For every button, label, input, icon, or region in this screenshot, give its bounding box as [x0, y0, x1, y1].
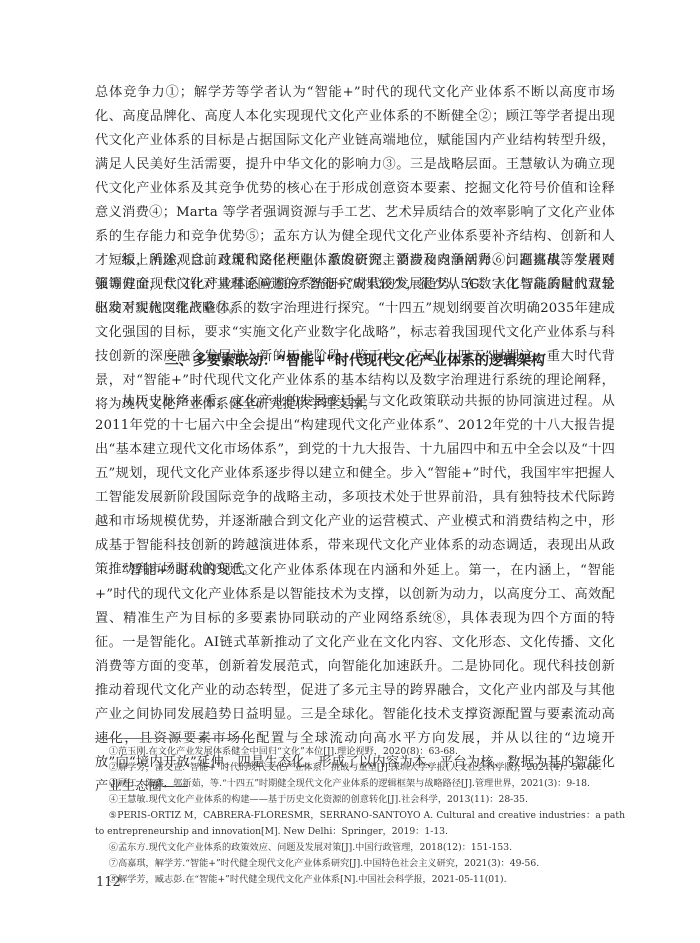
footnote-divider — [95, 738, 255, 739]
footnote-2: ②解学芳，雷文宣.“智能+”时代的现代文化产业体系：挑战与重塑[J].深圳大学学… — [95, 760, 625, 776]
footnote-8: ⑧解学芳，臧志彭.在“智能+”时代健全现代文化产业体系[N].中国社会科学报，2… — [95, 872, 625, 888]
footnote-4: ④王慧敏.现代文化产业体系的构建——基于历史文化资源的创意转化[J].社会科学，… — [95, 792, 625, 808]
body-paragraph-3: 从历史脉络来看，文化产业的发展变迁是与文化政策联动共振的协同演进过程。从2011… — [95, 390, 615, 582]
footnotes: ①范玉刚.在文化产业发展体系健全中回归“文化”本位[J].理论视野，2020(8… — [95, 744, 625, 888]
section-heading: 二、多要素联动：“智能+”时代现代文化产业体系的逻辑架构 — [95, 350, 615, 370]
footnote-1: ①范玉刚.在文化产业发展体系健全中回归“文化”本位[J].理论视野，2020(8… — [95, 744, 625, 760]
footnote-3: ③顾江，陈鑫，郭新茹，等.“十四五”时期健全现代文化产业体系的逻辑框架与战略路径… — [95, 776, 625, 792]
footnote-6: ⑥孟东方.现代文化产业体系的政策效应、问题及发展对策[J].中国行政管理，201… — [95, 840, 625, 856]
footnote-5: ⑤PERIS-ORTIZ M，CABRERA-FLORESMR，SERRANO-… — [95, 808, 625, 840]
footnote-7: ⑦高嘉琪，解学芳.“智能+”时代健全现代文化产业体系研究[J].中国特色社会主义… — [95, 856, 625, 872]
page-number: 112 — [96, 875, 121, 890]
